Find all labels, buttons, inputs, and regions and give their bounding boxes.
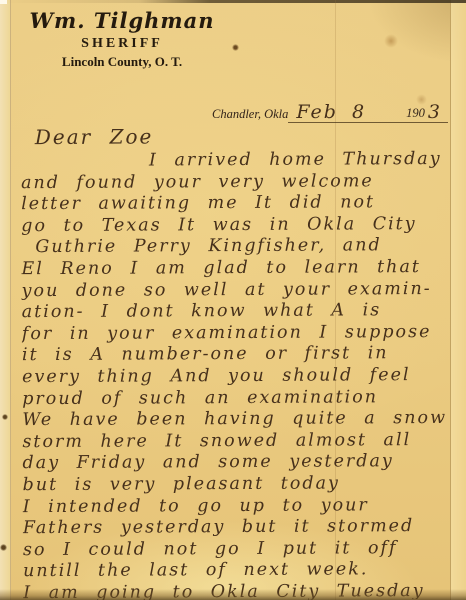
- dateline: Chandler, Okla Feb 8 190 3: [212, 103, 448, 123]
- letter-line: ation- I dont know what A is: [22, 300, 460, 324]
- paper-left-edge: [0, 0, 11, 600]
- stain-spot: [384, 34, 398, 48]
- stain-spot: [0, 544, 7, 551]
- letter-line: so I could not go I put it off: [23, 538, 461, 562]
- letter-line: I intended to go up to your: [23, 494, 461, 518]
- letter-body: Dear Zoe I arrived home Thursday and fou…: [21, 123, 461, 600]
- dateline-place-printed: Chandler, Okla: [212, 107, 288, 123]
- letter-scan: Wm. Tilghman SHERIFF Lincoln County, O. …: [0, 0, 466, 600]
- letter-line: untill the last of next week.: [23, 559, 461, 583]
- paper-corner-spot: [0, 0, 7, 4]
- stain-spot: [2, 414, 8, 420]
- ink-spot: [232, 44, 239, 51]
- letterhead-sender-location: Lincoln County, O. T.: [28, 54, 216, 70]
- letter-line: every thing And you should feel: [22, 365, 460, 389]
- letterhead: Wm. Tilghman SHERIFF Lincoln County, O. …: [28, 8, 216, 70]
- letter-line: proud of such an examination: [22, 386, 460, 410]
- letter-line: storm here It snowed almost all: [22, 430, 460, 454]
- letter-line: We have been having quite a snow: [22, 408, 460, 432]
- letter-line: you done so well at your examin-: [22, 278, 460, 302]
- letter-line: Guthrie Perry Kingfisher, and: [21, 235, 459, 259]
- letter-line: Fathers yesterday but it stormed: [23, 516, 461, 540]
- letter-line: for in your examination I suppose: [22, 322, 460, 346]
- dateline-year-handwritten: 3: [428, 101, 442, 123]
- dateline-date-handwritten: Feb 8: [296, 101, 366, 123]
- letter-line: I arrived home Thursday: [21, 149, 459, 173]
- letter-line: go to Texas It was in Okla City: [21, 214, 459, 238]
- paper-top-edge: [0, 0, 466, 3]
- letterhead-sender-title: SHERIFF: [28, 36, 216, 52]
- letter-line: and found your very welcome: [21, 170, 459, 194]
- letter-line: it is A number-one or first in: [22, 343, 460, 367]
- paper-bottom-edge: [0, 589, 466, 600]
- letterhead-sender-name: Wm. Tilghman: [28, 8, 216, 33]
- dateline-year-printed: 190: [400, 106, 427, 123]
- letter-line: day Friday and some yesterday: [22, 451, 460, 475]
- letter-line: but is very pleasant today: [23, 473, 461, 497]
- salutation: Dear Zoe: [35, 123, 459, 151]
- letter-line: El Reno I am glad to learn that: [21, 257, 459, 281]
- letter-line: letter awaiting me It did not: [21, 192, 459, 216]
